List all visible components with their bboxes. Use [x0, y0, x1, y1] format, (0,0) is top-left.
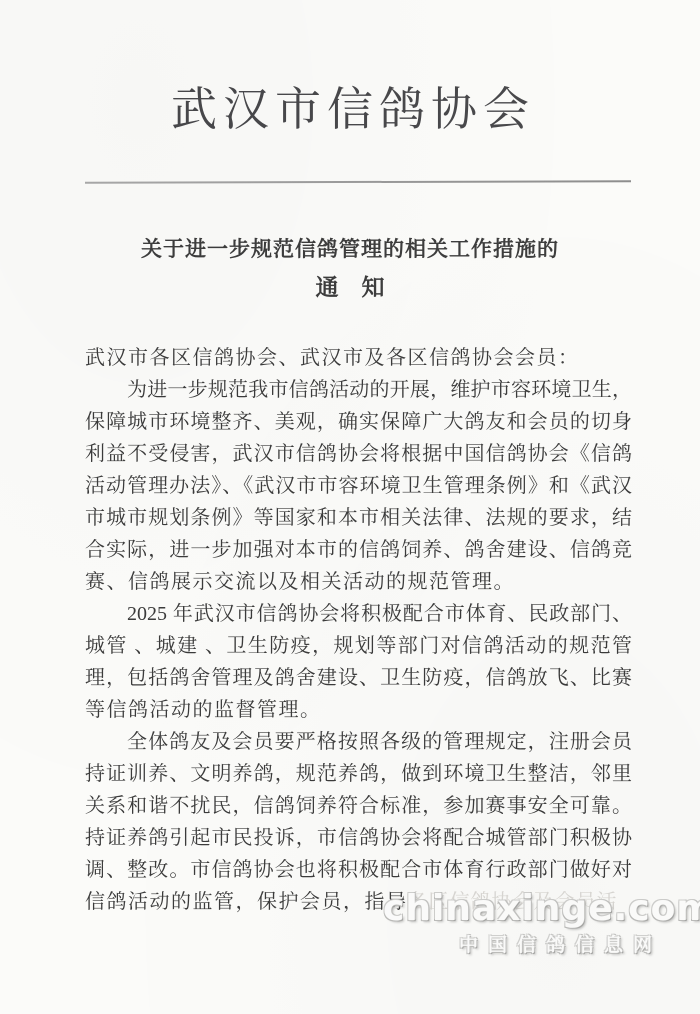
- body-line: 市城市规划条例》等国家和本市相关法律、法规的要求，结: [85, 502, 632, 534]
- body-line-visible-text: 信鸽活动的监管，保护会员，指导: [85, 891, 408, 913]
- body-line: 理，包括鸽舍管理及鸽舍建设、卫生防疫，信鸽放飞、比赛: [85, 662, 632, 694]
- body-line: 关系和谐不扰民，信鸽饲养符合标准，参加赛事安全可靠。: [85, 790, 632, 822]
- body-line: 2025 年武汉市信鸽协会将积极配合市体育、民政部门、: [85, 598, 632, 630]
- body-line: 持证养鸽引起市民投诉，市信鸽协会将配合城管部门积极协: [85, 822, 632, 854]
- notice-body: 武汉市各区信鸽协会、武汉市及各区信鸽协会会员： 为进一步规范我市信鸽活动的开展，…: [85, 342, 632, 918]
- body-line: 利益不受侵害，武汉市信鸽协会将根据中国信鸽协会《信鸽: [85, 438, 632, 470]
- watermark-site-name: 中国信鸽信息网: [459, 934, 662, 956]
- body-line: 赛、信鸽展示交流以及相关活动的规范管理。: [85, 566, 632, 598]
- notice-subject-line: 关于进一步规范信鸽管理的相关工作措施的: [0, 136, 700, 262]
- body-line: 持证训养、文明养鸽，规范养鸽，做到环境卫生整洁，邻里: [85, 758, 632, 790]
- document-title: 武汉市信鸽协会: [0, 0, 700, 136]
- body-line-salutation: 武汉市各区信鸽协会、武汉市及各区信鸽协会会员：: [85, 342, 632, 374]
- body-line: 等信鸽活动的监督管理。: [85, 694, 632, 726]
- notice-word: 通 知: [0, 262, 700, 300]
- body-line: 城管 、城建 、卫生防疫，规划等部门对信鸽活动的规范管: [85, 630, 632, 662]
- watermark-site-url: chinaxinge.com: [383, 889, 700, 929]
- scanned-notice-page: 武汉市信鸽协会 关于进一步规范信鸽管理的相关工作措施的 通 知 武汉市各区信鸽协…: [0, 0, 700, 1014]
- body-line: 保障城市环境整齐、美观，确实保障广大鸽友和会员的切身: [85, 406, 632, 438]
- body-line: 调、整改。市信鸽协会也将积极配合市体育行政部门做好对: [85, 854, 632, 886]
- body-line: 合实际，进一步加强对本市的信鸽饲养、鸽舍建设、信鸽竞: [85, 534, 632, 566]
- body-line: 全体鸽友及会员要严格按照各级的管理规定，注册会员: [85, 726, 632, 758]
- body-line: 为进一步规范我市信鸽活动的开展，维护市容环境卫生，: [85, 374, 632, 406]
- body-line: 活动管理办法》、《武汉市市容环境卫生管理条例》和《武汉: [85, 470, 632, 502]
